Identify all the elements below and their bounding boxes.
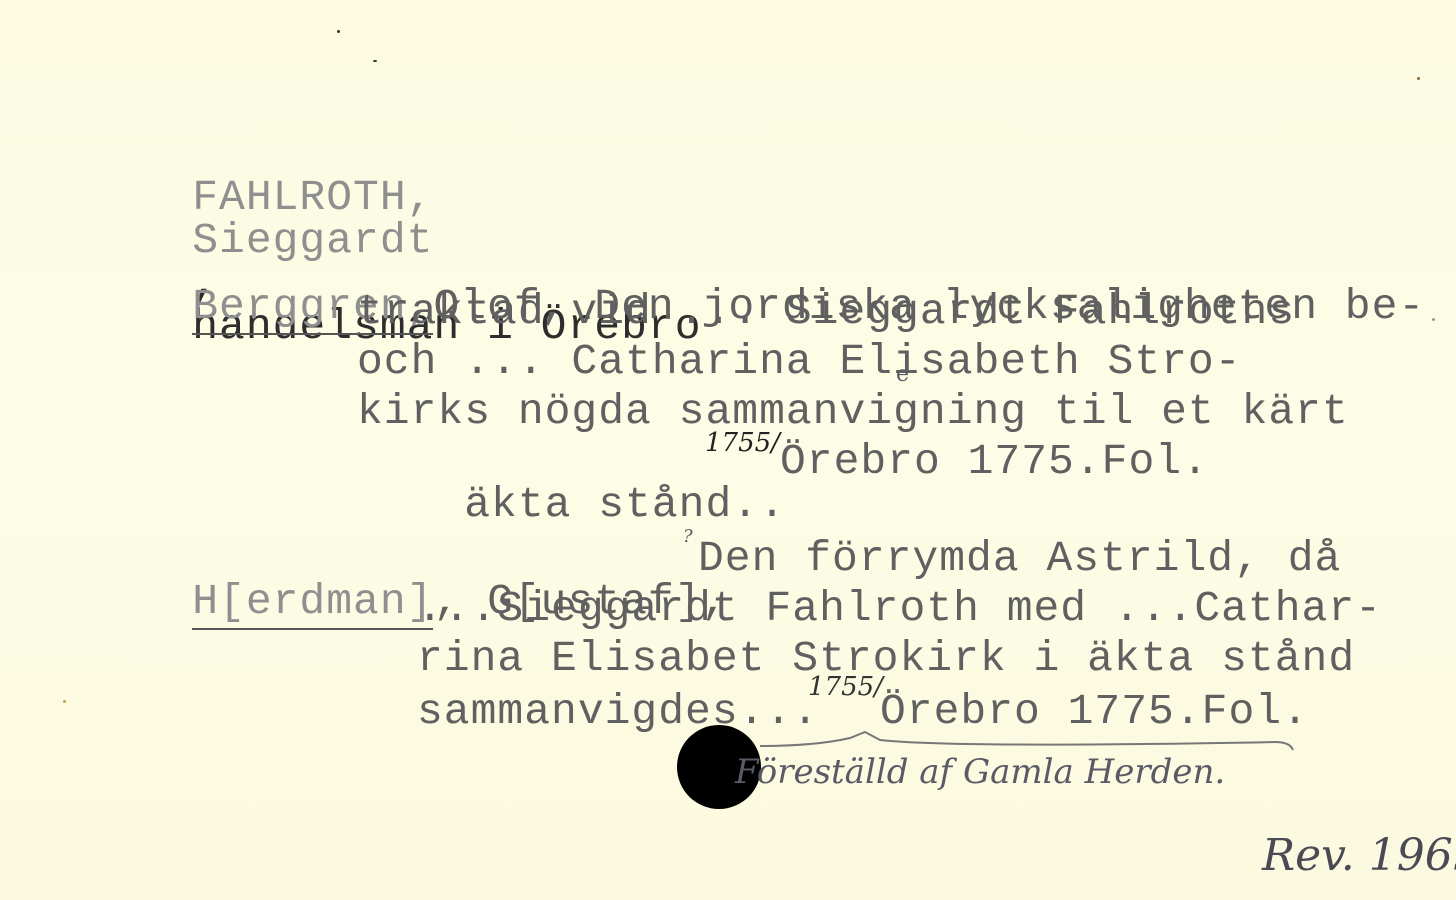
entry-1-text-line: äkta stånd.. (464, 480, 786, 529)
entry-1-handwritten-year: 1755/ (705, 428, 780, 458)
correction-mark: e (896, 362, 909, 387)
entry-2-line-3: rina Elisabet Strokirk i äkta stånd (417, 637, 1355, 680)
speck (1432, 318, 1435, 321)
entry-1-imprint: Örebro 1775.Fol. (780, 440, 1209, 483)
entry-2-line-2: ...Sieggardt Fahlroth med ...Cathar- (417, 587, 1382, 630)
speck (63, 700, 66, 703)
entry-2-author-surname: H[erdman] (192, 577, 433, 630)
entry-2-line-4: sammanvigdes... (417, 690, 819, 733)
catalog-card: FAHLROTH, Sieggardt , handelsman i Örebr… (0, 0, 1456, 900)
entry-2-handwritten-note: Föreställd af Gamla Herden. (735, 752, 1225, 792)
entry-2-title: Den förrymda Astrild, då (698, 537, 1341, 580)
entry-1-line-4: kirks nögda sammanvigning til et kärt (357, 390, 1349, 433)
revision-note: Rev. 1969 (1262, 830, 1456, 881)
heading-surname: FAHLROTH, (192, 173, 433, 222)
brace-mark (755, 728, 1295, 752)
query-mark: ? (683, 526, 693, 547)
speck (1417, 77, 1420, 80)
entry-1-line-3: och ... Catharina Elisabeth Stro- (357, 340, 1242, 383)
speck (373, 60, 377, 62)
speck (337, 30, 340, 33)
entry-2-imprint: Örebro 1775.Fol. (880, 690, 1309, 733)
entry-2-handwritten-year: 1755/ (808, 672, 883, 702)
entry-1-line-2: traktad vid ... Sieggardt Fahlroths (357, 290, 1295, 333)
